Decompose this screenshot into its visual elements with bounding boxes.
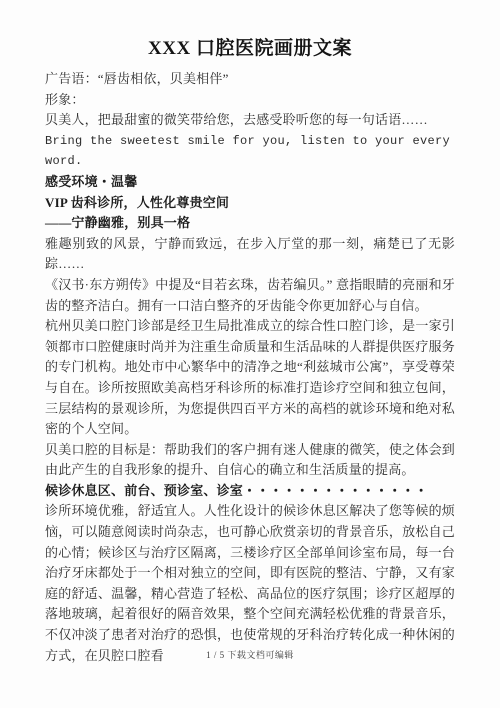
heading-waiting-area: 候诊休息区、前台、预诊室、诊室・・・・・・・・・・・・・・ (45, 481, 455, 502)
paragraph-waiting-area-detail: 诊所环境优雅，舒适宜人。人性化设计的候诊休息区解决了您等候的烦恼，可以随意阅读时… (45, 501, 455, 666)
paragraph-image-label: 形象： (45, 90, 455, 111)
document-title: XXX 口腔医院画册文案 (45, 36, 455, 62)
paragraph-scenery: 雅趣别致的风景，宁静而致远，在步入厅堂的那一刻，痛楚已了无影踪…… (45, 234, 455, 275)
heading-environment: 感受环境・温馨 (45, 172, 455, 193)
paragraph-clinic-goal: 贝美口腔的目标是：帮助我们的客户拥有迷人健康的微笑，使之体会到由此产生的自我形象… (45, 440, 455, 481)
heading-quiet-elegant: ——宁静幽雅，别具一格 (45, 213, 455, 234)
paragraph-clinic-intro: 杭州贝美口腔门诊部是经卫生局批准成立的综合性口腔门诊，是一家引领都市口腔健康时尚… (45, 316, 455, 440)
paragraph-tagline-en: Bring the sweetest smile for you, listen… (45, 131, 455, 172)
document-page: XXX 口腔医院画册文案 广告语：“唇齿相依，贝美相伴” 形象： 贝美人，把最甜… (0, 0, 500, 708)
paragraph-slogan: 广告语：“唇齿相依，贝美相伴” (45, 69, 455, 90)
heading-vip-clinic: VIP 齿科诊所，人性化尊贵空间 (45, 193, 455, 214)
paragraph-hanshu-quote: 《汉书·东方朔传》中提及“目若玄珠，齿若编贝。” 意指眼睛的亮丽和牙齿的整齐洁白… (45, 275, 455, 316)
page-footer: 1 / 5 下载文档可编辑 (0, 648, 500, 661)
paragraph-tagline-cn: 贝美人，把最甜蜜的微笑带给您，去感受聆听您的每一句话语…… (45, 110, 455, 131)
